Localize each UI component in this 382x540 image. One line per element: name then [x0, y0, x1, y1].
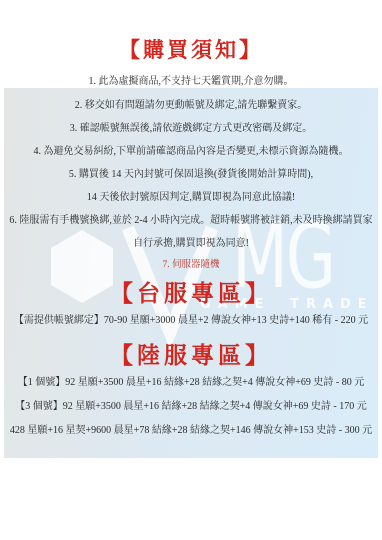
- page-title: 【購買須知】: [0, 34, 382, 64]
- taiwan-server-offer: 【需提供帳號綁定】70-90 星願+3000 晨星+2 傳說女神+13 史詩+1…: [4, 309, 378, 333]
- section-title-china-server: 【陸服專區】: [4, 341, 378, 371]
- china-server-offer-2: 【3 個號】92 星願+3500 晨星+16 結緣+28 結緣之契+4 傳說女神…: [4, 395, 378, 419]
- notice-item-1: 1. 此為虛擬商品,不支持七天鑑賞期,介意勿購。: [0, 72, 382, 87]
- page-root: 【購買須知】 1. 此為虛擬商品,不支持七天鑑賞期,介意勿購。 MG GAME …: [0, 0, 382, 540]
- content-card: MG GAME TRADE 2. 移交如有問題請勿更動帳號及綁定,請先聯繫賣家。…: [4, 88, 378, 458]
- notice-item-7: 7. 伺服器隨機: [4, 255, 378, 275]
- section-title-taiwan-server: 【台服專區】: [4, 279, 378, 309]
- notice-item-6: 6. 陸服需有手機號換綁,並於 2-4 小時內完成。超時帳號將被註銷,未及時換綁…: [4, 209, 378, 232]
- china-server-offer-1: 【1 個號】92 星願+3500 晨星+16 結緣+28 結緣之契+4 傳說女神…: [4, 371, 378, 395]
- card-content: 2. 移交如有問題請勿更動帳號及綁定,請先聯繫賣家。 3. 確認帳號無誤後,請依…: [4, 94, 378, 443]
- notice-item-2: 2. 移交如有問題請勿更動帳號及綁定,請先聯繫賣家。: [4, 94, 378, 117]
- notice-item-5-cont: 14 天後依封號原因判定,購買即視為同意此協議!: [4, 186, 378, 209]
- notice-item-4: 4. 為避免交易糾紛,下單前請確認商品內容是否變更,未標示資源為隨機。: [4, 140, 378, 163]
- notice-item-3: 3. 確認帳號無誤後,請依遊戲綁定方式更改密碼及綁定。: [4, 117, 378, 140]
- china-server-offer-3: 428 星願+16 星契+9600 晨星+78 結緣+28 結緣之契+146 傳…: [4, 419, 378, 443]
- notice-item-5: 5. 購買後 14 天內封號可保固退換(發貨後開始計算時間),: [4, 163, 378, 186]
- notice-item-6-cont: 自行承擔,購買即視為同意!: [4, 232, 378, 255]
